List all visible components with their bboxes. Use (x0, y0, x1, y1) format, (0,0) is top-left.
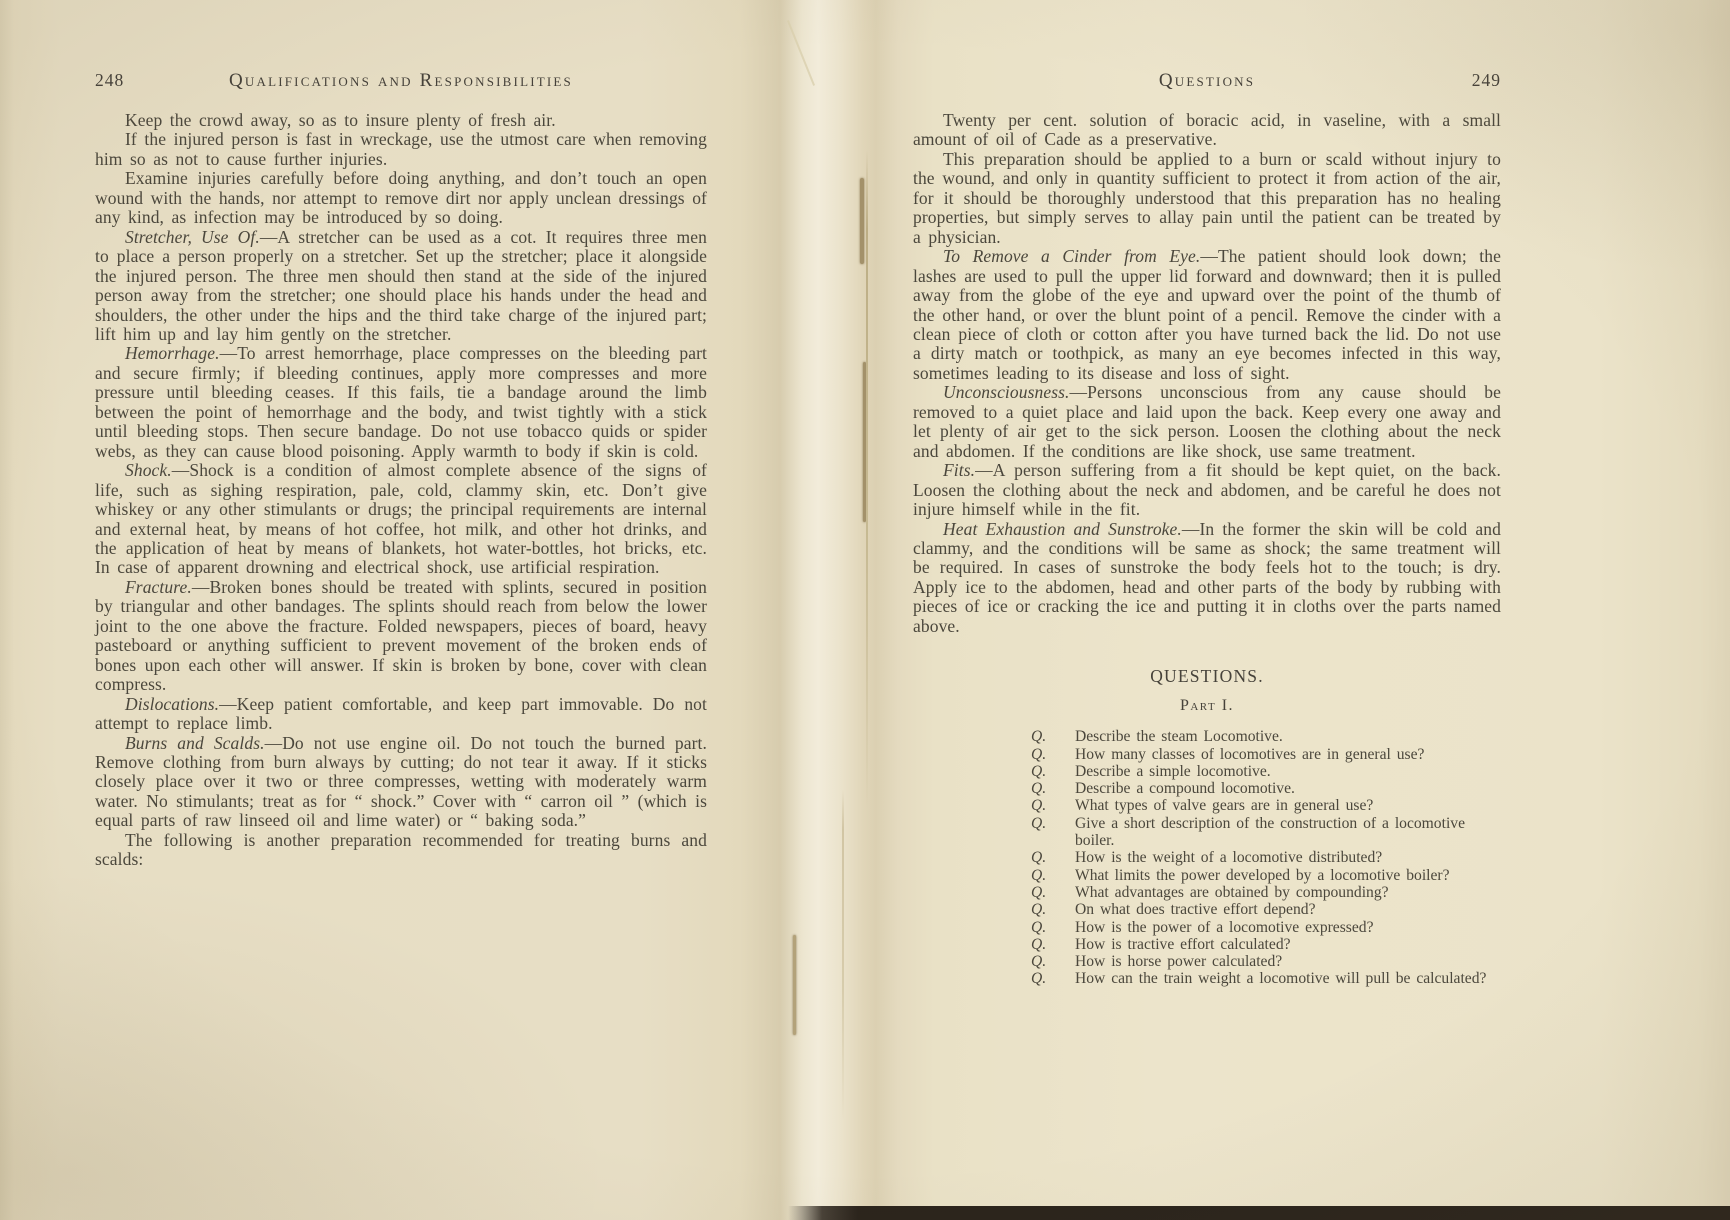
question-label: Q. (1031, 797, 1075, 814)
question-item: Q.Describe a simple locomotive. (1031, 763, 1501, 780)
paragraph: If the injured person is fast in wreckag… (95, 130, 707, 169)
left-page-number: 248 (95, 70, 175, 91)
question-text: Give a short description of the construc… (1075, 815, 1465, 849)
section-lead: Dislocations. (125, 694, 219, 714)
paragraph: Burns and Scalds.—Do not use engine oil.… (95, 734, 707, 831)
section-lead: Fracture. (125, 577, 192, 597)
paragraph: The following is another preparation rec… (95, 831, 707, 870)
question-text: Describe the steam Locomotive. (1075, 728, 1283, 745)
question-text: How many classes of locomotives are in g… (1075, 746, 1424, 763)
left-body-text: Keep the crowd away, so as to insure ple… (95, 111, 707, 870)
scan-edge (788, 1206, 1730, 1220)
question-text: How is the weight of a locomotive distri… (1075, 849, 1382, 866)
question-item: Q.How many classes of locomotives are in… (1031, 746, 1501, 763)
question-label: Q. (1031, 780, 1075, 797)
paragraph-text: This preparation should be applied to a … (913, 149, 1501, 247)
paragraph: Twenty per cent. solution of boracic aci… (913, 111, 1501, 150)
section-lead: Unconsciousness. (943, 382, 1070, 402)
question-item: Q.How is the weight of a locomotive dist… (1031, 849, 1501, 866)
paragraph-text: If the injured person is fast in wreckag… (95, 129, 707, 168)
page-left: 248 Qualifications and Responsibilities … (0, 0, 780, 1220)
question-label: Q. (1031, 867, 1075, 884)
paragraph: Keep the crowd away, so as to insure ple… (95, 111, 707, 130)
question-label: Q. (1031, 936, 1075, 953)
question-text: How is the power of a locomotive express… (1075, 919, 1374, 936)
question-label: Q. (1031, 763, 1075, 780)
book-spread: 248 Qualifications and Responsibilities … (0, 0, 1730, 1220)
paragraph-text: Examine injuries carefully before doing … (95, 168, 707, 227)
question-item: Q.What limits the power developed by a l… (1031, 867, 1501, 884)
paragraph-text: —Shock is a condition of almost complete… (95, 460, 707, 577)
right-page-text-column: Questions 249 Twenty per cent. solution … (913, 70, 1501, 988)
section-lead: Hemorrhage. (125, 343, 220, 363)
question-label: Q. (1031, 919, 1075, 936)
question-text: What limits the power developed by a loc… (1075, 867, 1450, 884)
paragraph-text: —A person suffering from a fit should be… (913, 460, 1501, 519)
question-text: How can the train weight a locomotive wi… (1075, 970, 1486, 987)
questions-section: QUESTIONS. Part I. Q.Describe the steam … (913, 666, 1501, 987)
section-lead: Heat Exhaustion and Sunstroke. (943, 519, 1182, 539)
question-item: Q.How is horse power calculated? (1031, 953, 1501, 970)
paragraph: Unconsciousness.—Persons unconscious fro… (913, 383, 1501, 461)
gutter-crease (842, 790, 844, 1120)
questions-heading: QUESTIONS. (913, 666, 1501, 687)
question-label: Q. (1031, 970, 1075, 987)
left-page-text-column: 248 Qualifications and Responsibilities … (95, 70, 707, 870)
question-text: What advantages are obtained by compound… (1075, 884, 1389, 901)
right-page-number: 249 (1421, 70, 1501, 91)
question-item: Q.Describe a compound locomotive. (1031, 780, 1501, 797)
question-label: Q. (1031, 901, 1075, 918)
question-text: How is tractive effort calculated? (1075, 936, 1291, 953)
question-item: Q.Describe the steam Locomotive. (1031, 728, 1501, 745)
question-label: Q. (1031, 728, 1075, 745)
question-text: What types of valve gears are in general… (1075, 797, 1373, 814)
binding-stitch (793, 935, 796, 1035)
section-lead: Fits. (943, 460, 975, 480)
paragraph: Fracture.—Broken bones should be treated… (95, 578, 707, 695)
paragraph: Hemorrhage.—To arrest hemorrhage, place … (95, 344, 707, 461)
paragraph-text: The following is another preparation rec… (95, 830, 707, 869)
question-label: Q. (1031, 884, 1075, 901)
question-label: Q. (1031, 815, 1075, 832)
paragraph: To Remove a Cinder from Eye.—The patient… (913, 247, 1501, 383)
question-item: Q.How can the train weight a locomotive … (1031, 970, 1501, 987)
question-text: How is horse power calculated? (1075, 953, 1282, 970)
question-label: Q. (1031, 849, 1075, 866)
questions-subheading: Part I. (913, 697, 1501, 715)
question-label: Q. (1031, 953, 1075, 970)
gutter-scratch (787, 20, 815, 86)
question-item: Q.How is tractive effort calculated? (1031, 936, 1501, 953)
section-lead: Shock. (125, 460, 172, 480)
paragraph: Shock.—Shock is a condition of almost co… (95, 461, 707, 578)
section-lead: Burns and Scalds. (125, 733, 265, 753)
paragraph: Stretcher, Use Of.—A stretcher can be us… (95, 228, 707, 345)
left-running-head-title: Qualifications and Responsibilities (175, 70, 627, 92)
right-body-text: Twenty per cent. solution of boracic aci… (913, 111, 1501, 636)
question-item: Q.How is the power of a locomotive expre… (1031, 919, 1501, 936)
question-text: Describe a compound locomotive. (1075, 780, 1295, 797)
question-item: Q.Give a short description of the constr… (1031, 815, 1501, 850)
question-item: Q.What advantages are obtained by compou… (1031, 884, 1501, 901)
question-text: On what does tractive effort depend? (1075, 901, 1316, 918)
question-item: Q.On what does tractive effort depend? (1031, 901, 1501, 918)
section-lead: Stretcher, Use Of. (125, 227, 260, 247)
question-item: Q.What types of valve gears are in gener… (1031, 797, 1501, 814)
questions-list: Q.Describe the steam Locomotive. Q.How m… (1031, 728, 1501, 987)
paragraph: Examine injuries carefully before doing … (95, 169, 707, 227)
question-label: Q. (1031, 746, 1075, 763)
book-gutter (780, 0, 898, 1220)
right-running-head: Questions 249 (913, 70, 1501, 92)
paragraph: Heat Exhaustion and Sunstroke.—In the fo… (913, 520, 1501, 637)
binding-stitch (860, 178, 864, 264)
paragraph: This preparation should be applied to a … (913, 150, 1501, 247)
section-lead: To Remove a Cinder from Eye. (943, 246, 1200, 266)
left-running-head: 248 Qualifications and Responsibilities (95, 70, 707, 92)
paragraph-text: Twenty per cent. solution of boracic aci… (913, 110, 1501, 149)
paragraph-text: Keep the crowd away, so as to insure ple… (125, 110, 556, 130)
right-running-head-title: Questions (993, 70, 1421, 92)
gutter-crease (866, 150, 868, 810)
question-text: Describe a simple locomotive. (1075, 763, 1271, 780)
paragraph-text: —The patient should look down; the lashe… (913, 246, 1501, 383)
paragraph: Fits.—A person suffering from a fit shou… (913, 461, 1501, 519)
page-right: Questions 249 Twenty per cent. solution … (898, 0, 1730, 1220)
paragraph: Dislocations.—Keep patient comfortable, … (95, 695, 707, 734)
